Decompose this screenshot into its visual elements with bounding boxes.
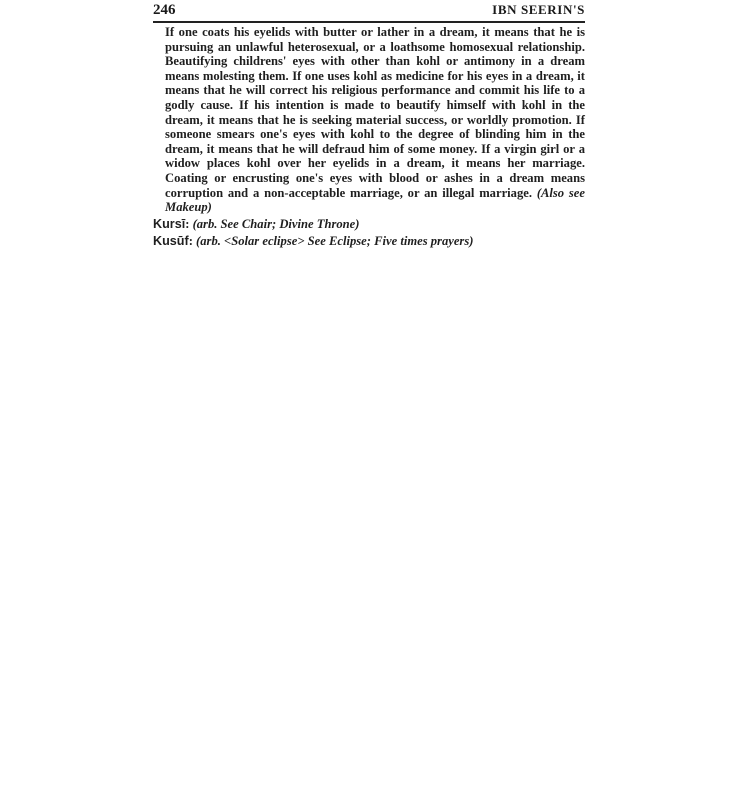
running-title: IBN SEERIN'S: [492, 1, 585, 19]
dictionary-entry-kusuf: Kusūf: (arb. <Solar eclipse> See Eclipse…: [153, 234, 585, 250]
paragraph-text: If one coats his eyelids with butter or …: [165, 25, 585, 200]
book-page: 246 IBN SEERIN'S If one coats his eyelid…: [153, 0, 585, 250]
entry-gloss: (arb. <Solar eclipse> See Eclipse; Five …: [196, 234, 473, 248]
running-head: 246 IBN SEERIN'S: [153, 0, 585, 19]
entry-headword: Kusūf: [153, 234, 189, 248]
entry-separator: :: [189, 234, 193, 248]
page-number: 246: [153, 1, 176, 19]
dictionary-entry-kursi: Kursī: (arb. See Chair; Divine Throne): [153, 217, 585, 233]
continuation-paragraph: If one coats his eyelids with butter or …: [165, 25, 585, 215]
entry-gloss: (arb. See Chair; Divine Throne): [193, 217, 360, 231]
entry-separator: :: [185, 217, 189, 231]
entry-headword: Kursī: [153, 217, 185, 231]
header-rule: [153, 21, 585, 23]
